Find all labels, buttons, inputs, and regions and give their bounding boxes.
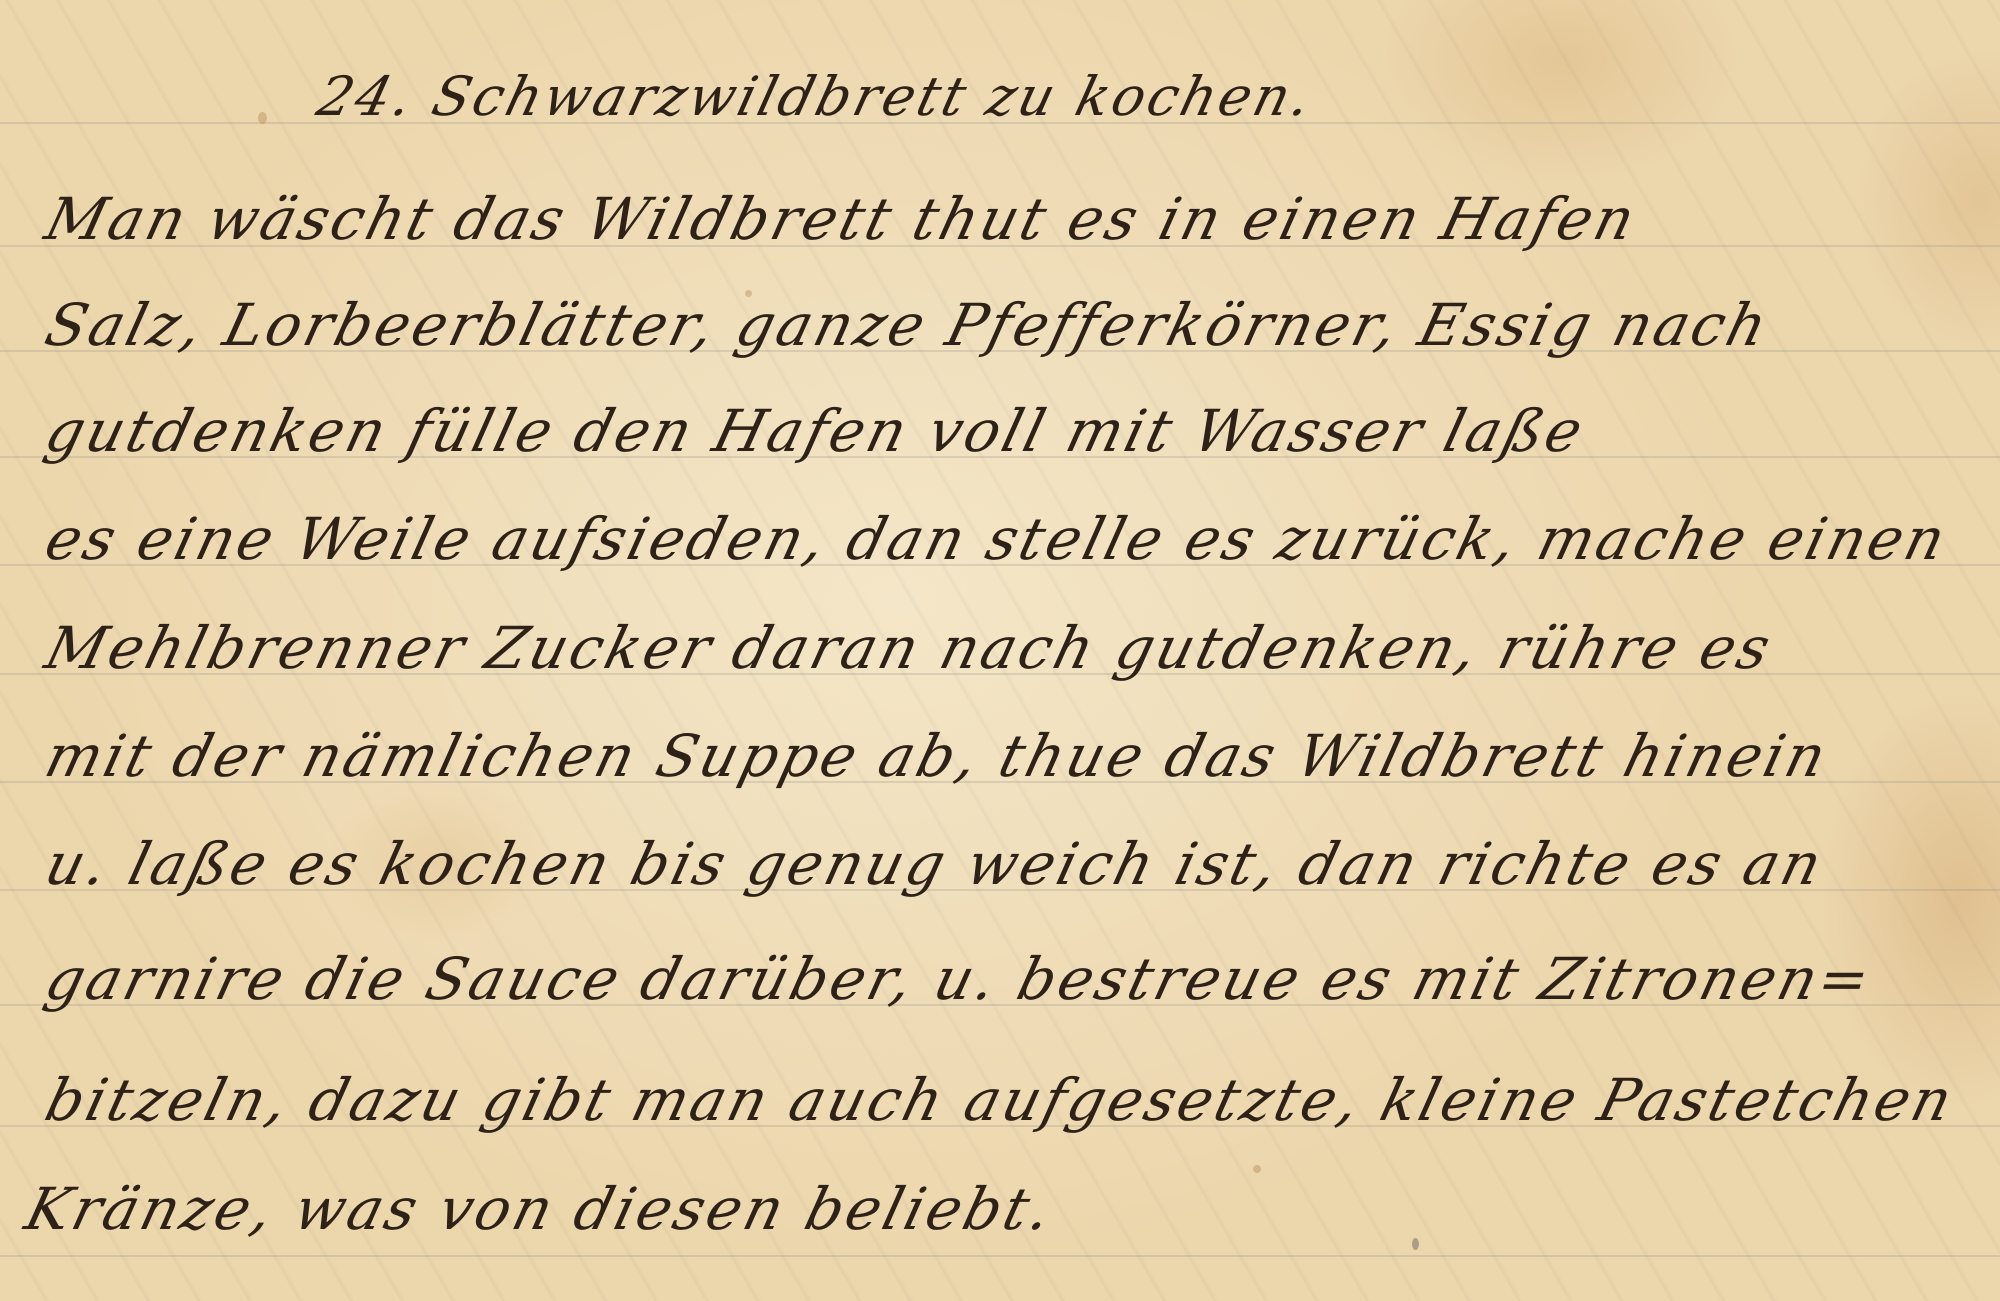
stain xyxy=(258,112,267,124)
text-line-8: garnire die Sauce darüber, u. bestreue e… xyxy=(40,950,1878,1008)
stain xyxy=(1412,1238,1419,1250)
text-line-2: Salz, Lorbeerblätter, ganze Pfefferkörne… xyxy=(40,296,1775,354)
stain xyxy=(1253,1165,1261,1173)
text-line-1: Man wäscht das Wildbrett thut es in eine… xyxy=(40,190,1643,248)
ruled-line xyxy=(0,1255,2000,1257)
text-line-3: gutdenken fülle den Hafen voll mit Wasse… xyxy=(40,402,1591,460)
text-line-5: Mehlbrenner Zucker daran nach gutdenken,… xyxy=(40,619,1779,677)
recipe-title: 24. Schwarzwildbrett zu kochen. xyxy=(312,70,1319,124)
text-line-7: u. laße es kochen bis genug weich ist, d… xyxy=(40,835,1830,893)
text-line-10: Kränze, was von diesen beliebt. xyxy=(20,1180,1060,1238)
text-line-6: mit der nämlichen Suppe ab, thue das Wil… xyxy=(40,727,1834,785)
text-line-4: es eine Weile aufsieden, dan stelle es z… xyxy=(40,510,1954,568)
text-line-9: bitzeln, dazu gibt man auch aufgesetzte,… xyxy=(40,1071,1961,1129)
